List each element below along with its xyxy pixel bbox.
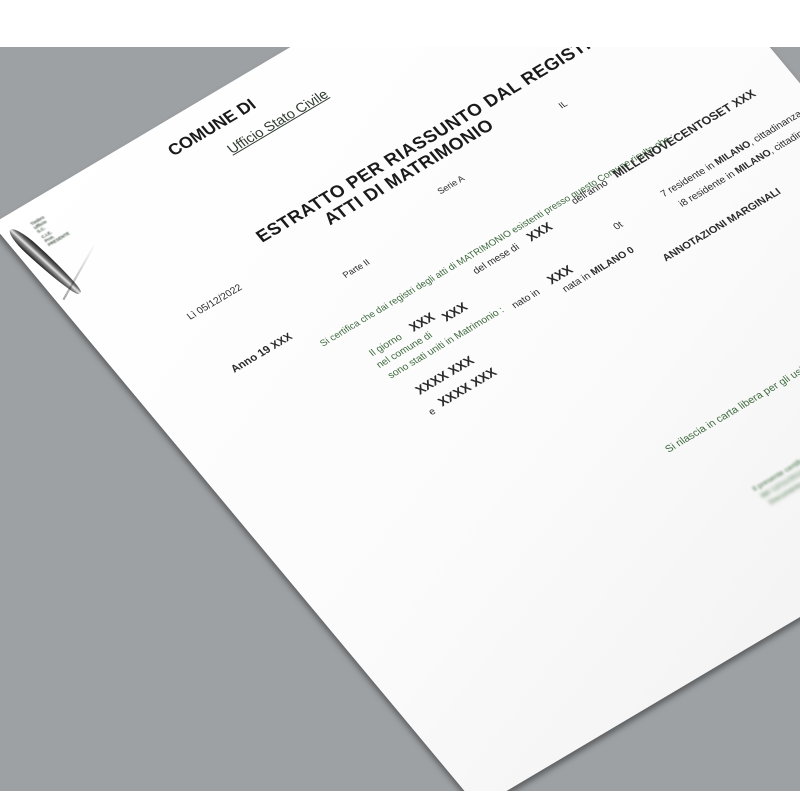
document-page: Timbro Ufficio S.C. C.I.E. Prot. PRESENT… [0, 47, 800, 791]
document-date: Lì 05/12/2022 [185, 283, 245, 323]
annotations-heading: ANNOTAZIONI MARGINALI [660, 186, 783, 264]
spouse1-suffix: 0t [611, 220, 625, 233]
municipality-heading: COMUNE DI [164, 95, 260, 160]
series-label: Serie A [435, 174, 466, 196]
spouse1-born-label: nato in [510, 287, 543, 311]
part-label: Parte II [340, 257, 371, 279]
day-value: XXX [406, 310, 438, 335]
year-label: Anno 19 XXX [229, 331, 296, 375]
il-label: IL [557, 99, 570, 111]
backdrop: Timbro Ufficio S.C. C.I.E. Prot. PRESENT… [0, 47, 800, 791]
document-title-line2: ATTI DI MATRIMONIO [320, 115, 499, 229]
issue-note: Si rilascia in carta libera per gli usi … [663, 339, 800, 455]
conjunction: e [427, 406, 439, 417]
logo-text: Timbro Ufficio S.C. C.I.E. Prot. PRESENT… [29, 210, 70, 247]
municipality-value: XXX [439, 299, 471, 324]
